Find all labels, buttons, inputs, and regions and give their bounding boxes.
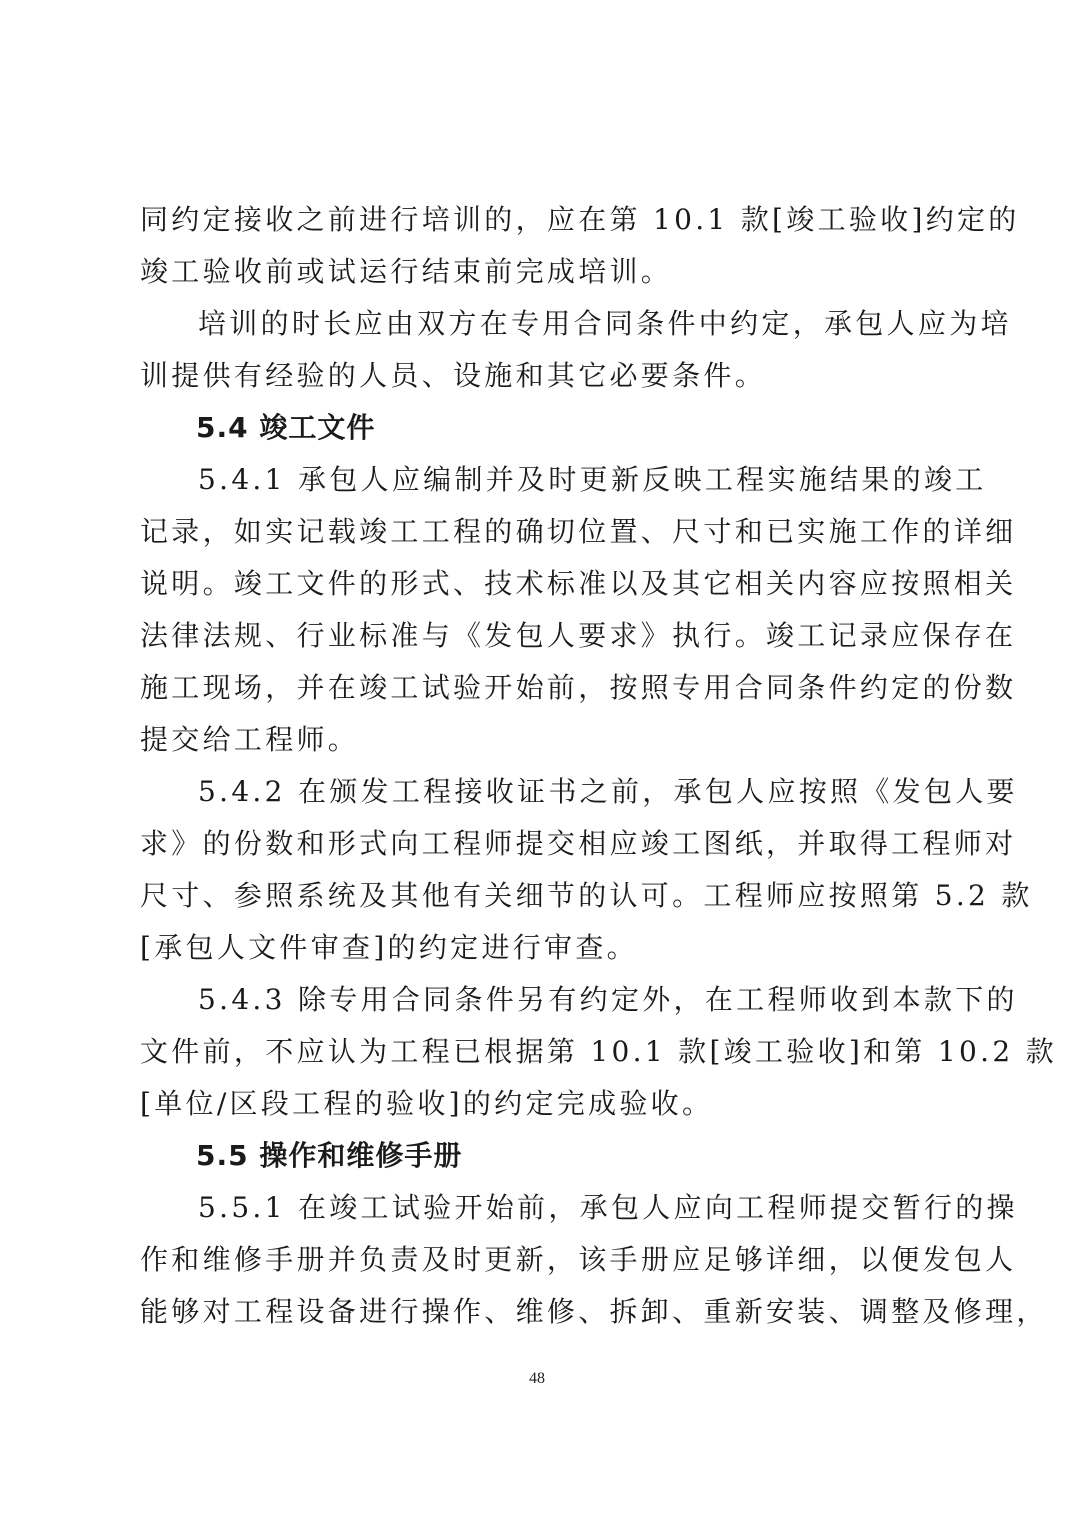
text-line: [单位/区段工程的验收]的约定完成验收。 (140, 1078, 940, 1130)
text-line: 提交给工程师。 (140, 714, 940, 766)
text-line: 同约定接收之前进行培训的，应在第 10.1 款[竣工验收]约定的 (140, 194, 940, 246)
clause-5-4-2: 5.4.2 在颁发工程接收证书之前，承包人应按照《发包人要 求》的份数和形式向工… (140, 766, 940, 974)
text-line: 记录，如实记载竣工工程的确切位置、尺寸和已实施工作的详细 (140, 506, 940, 558)
text-line: 求》的份数和形式向工程师提交相应竣工图纸，并取得工程师对 (140, 818, 940, 870)
text-line: 说明。竣工文件的形式、技术标准以及其它相关内容应按照相关 (140, 558, 940, 610)
text-line: 5.4.2 在颁发工程接收证书之前，承包人应按照《发包人要 (140, 766, 940, 818)
clause-5-5-1: 5.5.1 在竣工试验开始前，承包人应向工程师提交暂行的操 作和维修手册并负责及… (140, 1182, 940, 1338)
text-line: 5.5.1 在竣工试验开始前，承包人应向工程师提交暂行的操 (140, 1182, 940, 1234)
text-line: [承包人文件审查]的约定进行审查。 (140, 922, 940, 974)
text-line: 竣工验收前或试运行结束前完成培训。 (140, 246, 940, 298)
text-line: 能够对工程设备进行操作、维修、拆卸、重新安装、调整及修理， (140, 1286, 940, 1338)
text-line: 文件前，不应认为工程已根据第 10.1 款[竣工验收]和第 10.2 款 (140, 1026, 940, 1078)
text-line: 作和维修手册并负责及时更新，该手册应足够详细，以便发包人 (140, 1234, 940, 1286)
section-heading-5-5: 5.5 操作和维修手册 (140, 1130, 940, 1182)
text-line: 法律法规、行业标准与《发包人要求》执行。竣工记录应保存在 (140, 610, 940, 662)
text-line: 培训的时长应由双方在专用合同条件中约定，承包人应为培 (140, 298, 940, 350)
document-page: 同约定接收之前进行培训的，应在第 10.1 款[竣工验收]约定的 竣工验收前或试… (140, 194, 940, 1338)
clause-5-4-3: 5.4.3 除专用合同条件另有约定外，在工程师收到本款下的 文件前，不应认为工程… (140, 974, 940, 1130)
text-line: 施工现场，并在竣工试验开始前，按照专用合同条件约定的份数 (140, 662, 940, 714)
paragraph-training-duration: 培训的时长应由双方在专用合同条件中约定，承包人应为培 训提供有经验的人员、设施和… (140, 298, 940, 402)
paragraph-training-timing: 同约定接收之前进行培训的，应在第 10.1 款[竣工验收]约定的 竣工验收前或试… (140, 194, 940, 298)
text-line: 尺寸、参照系统及其他有关细节的认可。工程师应按照第 5.2 款 (140, 870, 940, 922)
section-heading-5-4: 5.4 竣工文件 (140, 402, 940, 454)
text-line: 5.4.3 除专用合同条件另有约定外，在工程师收到本款下的 (140, 974, 940, 1026)
text-line: 5.4.1 承包人应编制并及时更新反映工程实施结果的竣工 (140, 454, 940, 506)
clause-5-4-1: 5.4.1 承包人应编制并及时更新反映工程实施结果的竣工 记录，如实记载竣工工程… (140, 454, 940, 766)
text-line: 训提供有经验的人员、设施和其它必要条件。 (140, 350, 940, 402)
page-number: 48 (0, 1370, 1074, 1388)
